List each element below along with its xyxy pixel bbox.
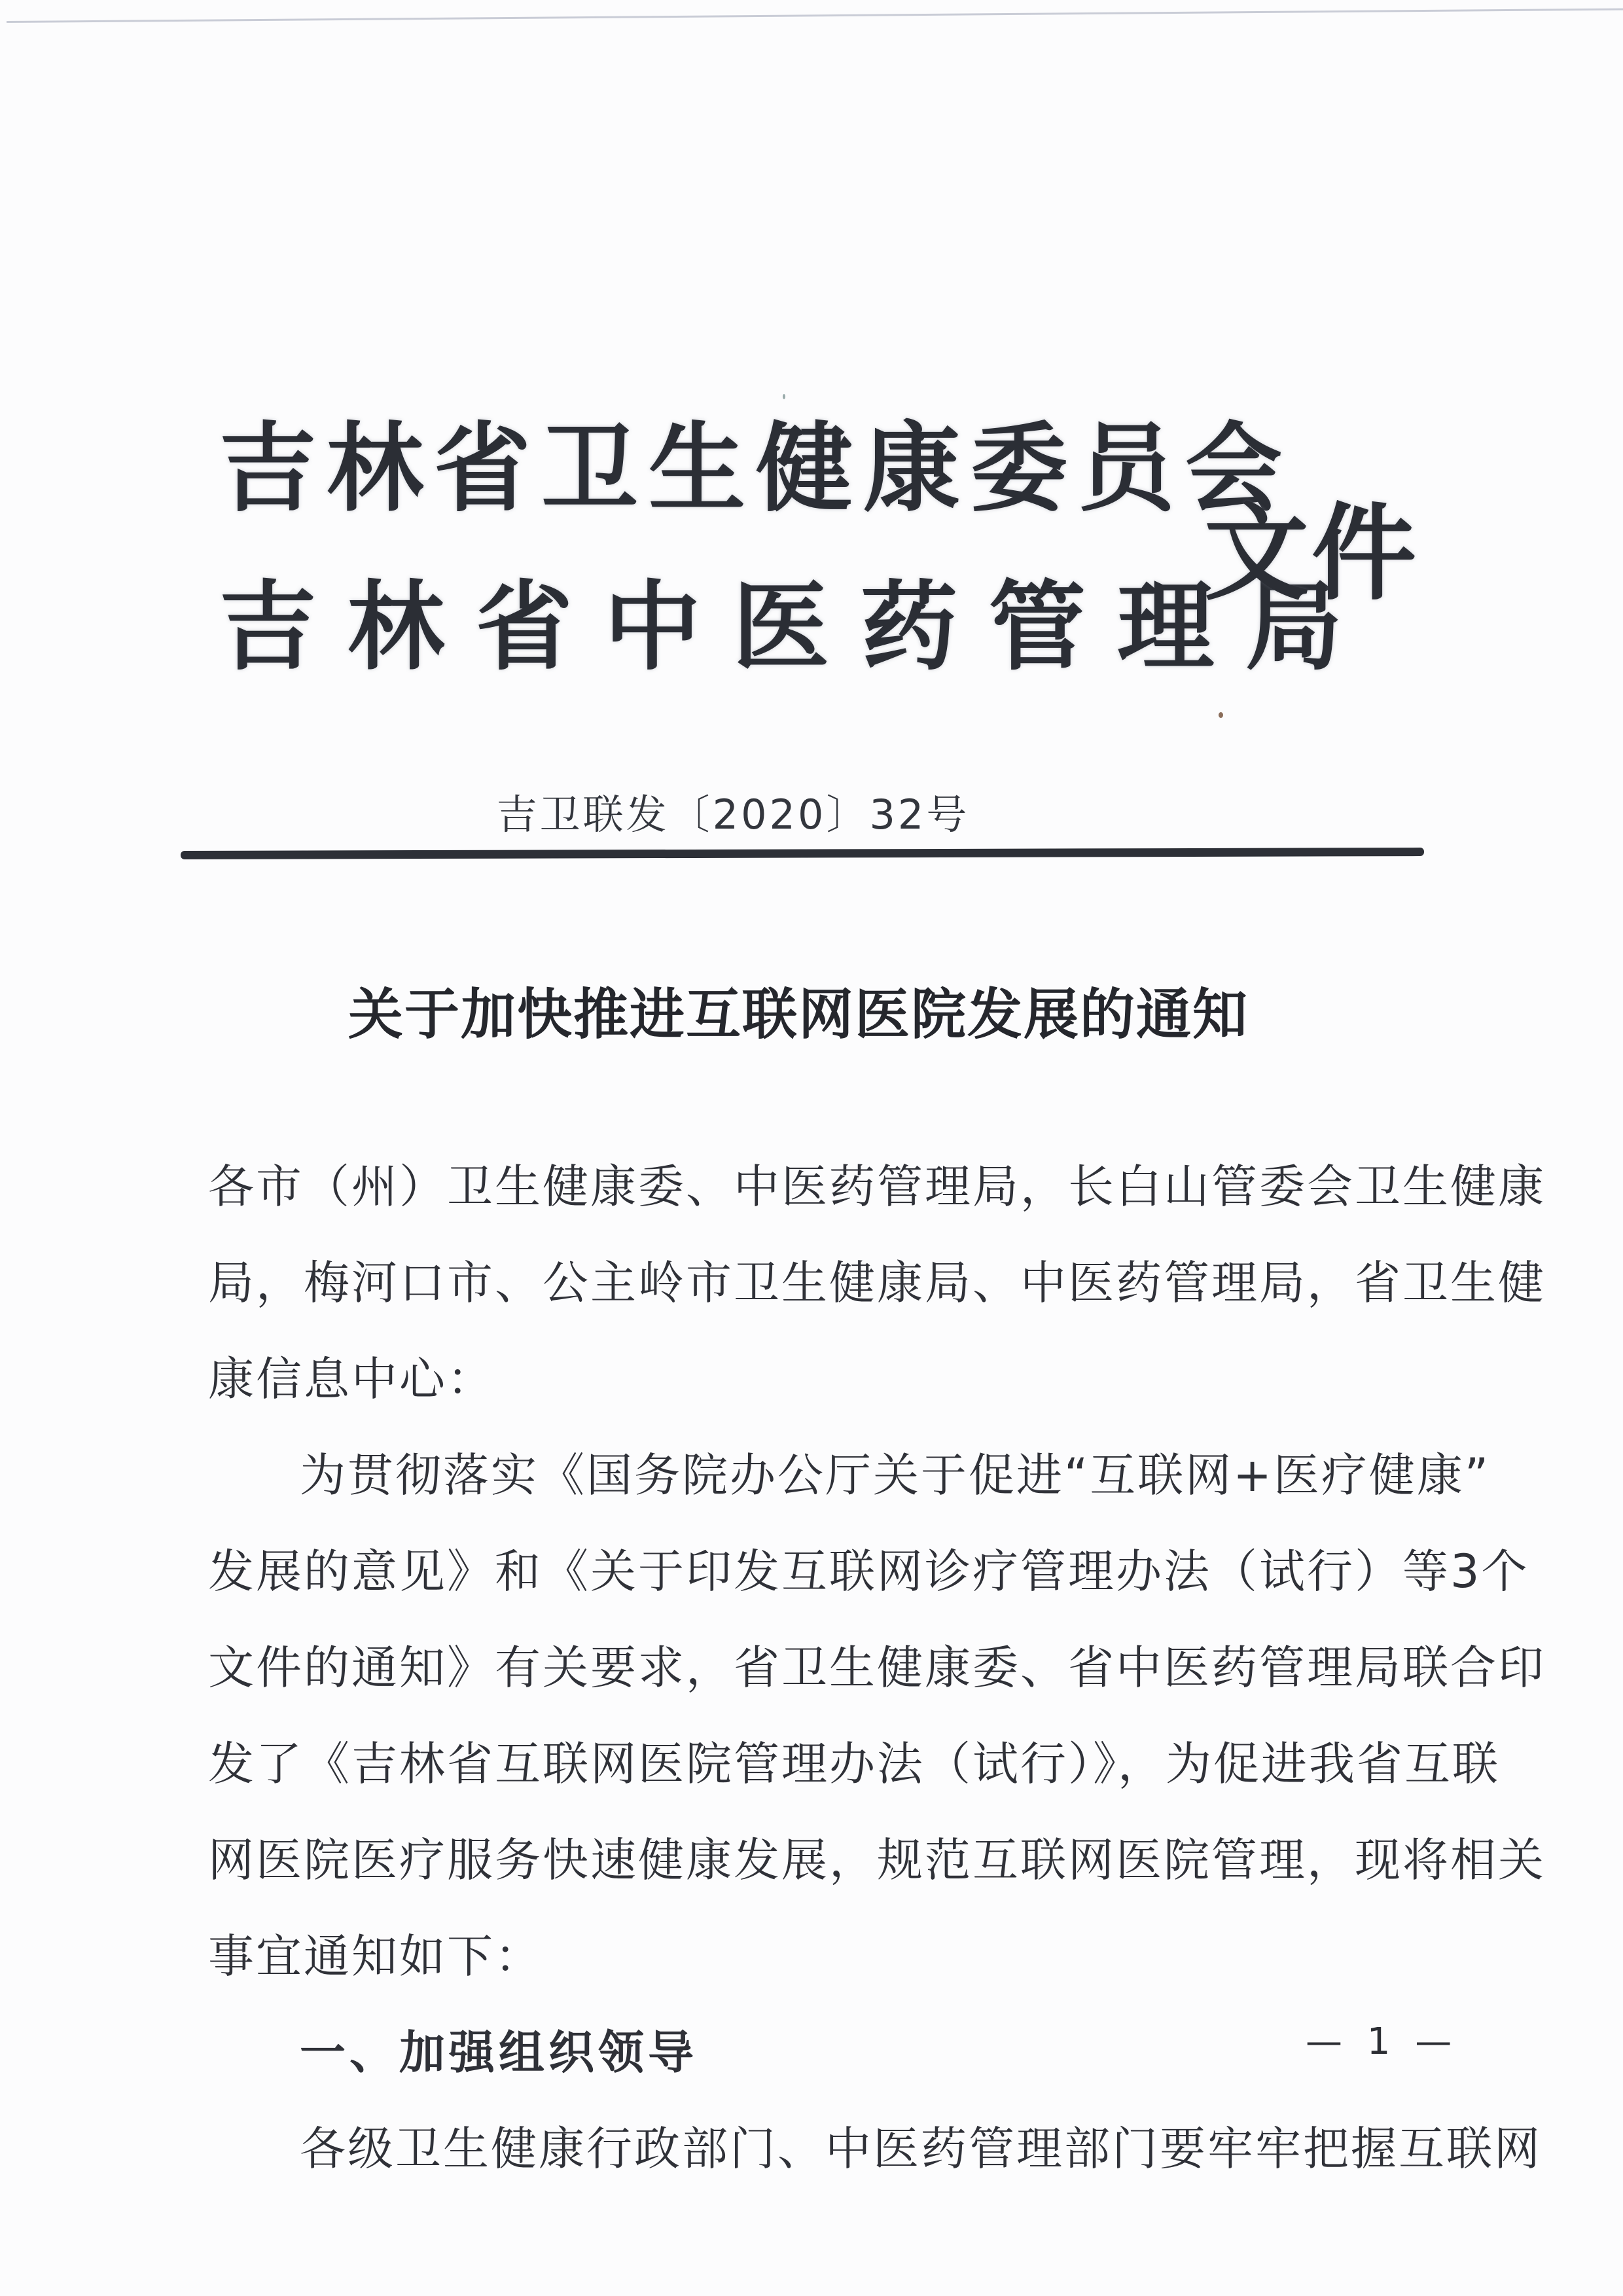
body-line: 发了《吉林省互联网医院管理办法（试行）》，为促进我省互联 [208, 1716, 1406, 1812]
document-body: 各市（州）卫生健康委、中医药管理局，长白山管委会卫生健康 局，梅河口市、公主岭市… [208, 1139, 1406, 2197]
header-separator-rule [181, 848, 1424, 859]
document-title-text: 关于加快推进互联网医院发展的通知 [348, 978, 1249, 1050]
body-line: 发展的意见》和《关于印发互联网诊疗管理办法（试行）等3个 [208, 1524, 1406, 1620]
body-line: 康信息中心： [208, 1331, 1406, 1427]
body-line: 为贯彻落实《国务院办公厅关于促进“互联网+医疗健康” [208, 1427, 1406, 1524]
document-number-text: 吉卫联发〔2020〕32号 [497, 789, 970, 841]
document-title: 关于加快推进互联网医院发展的通知 [0, 978, 1623, 1050]
body-line: 网医院医疗服务快速健康发展，规范互联网医院管理，现将相关 [208, 1812, 1406, 1909]
body-line: 文件的通知》有关要求，省卫生健康委、省中医药管理局联合印 [208, 1620, 1406, 1716]
body-line: 各市（州）卫生健康委、中医药管理局，长白山管委会卫生健康 [208, 1139, 1406, 1235]
document-number: 吉卫联发〔2020〕32号 [0, 789, 1623, 841]
section-heading: 一、加强组织领导 [208, 2005, 1406, 2101]
page-number: — 1 — [1306, 2019, 1458, 2065]
body-line: 各级卫生健康行政部门、中医药管理部门要牢牢把握互联网 [208, 2101, 1406, 2197]
scan-speck [1219, 712, 1223, 718]
issuer-tcm-bureau: 吉林省中医药管理局 [219, 577, 1374, 675]
issuer-health-commission: 吉林省卫生健康委员会 [219, 419, 1374, 517]
body-line: 局，梅河口市、公主岭市卫生健康局、中医药管理局，省卫生健 [208, 1235, 1406, 1331]
document-suffix: 文件 [1204, 497, 1419, 609]
scan-speck [783, 394, 785, 399]
body-line: 事宜通知如下： [208, 1909, 1406, 2005]
issuing-authorities: 吉林省卫生健康委员会 吉林省中医药管理局 [219, 419, 1374, 675]
scan-edge-artifact [7, 8, 1623, 23]
